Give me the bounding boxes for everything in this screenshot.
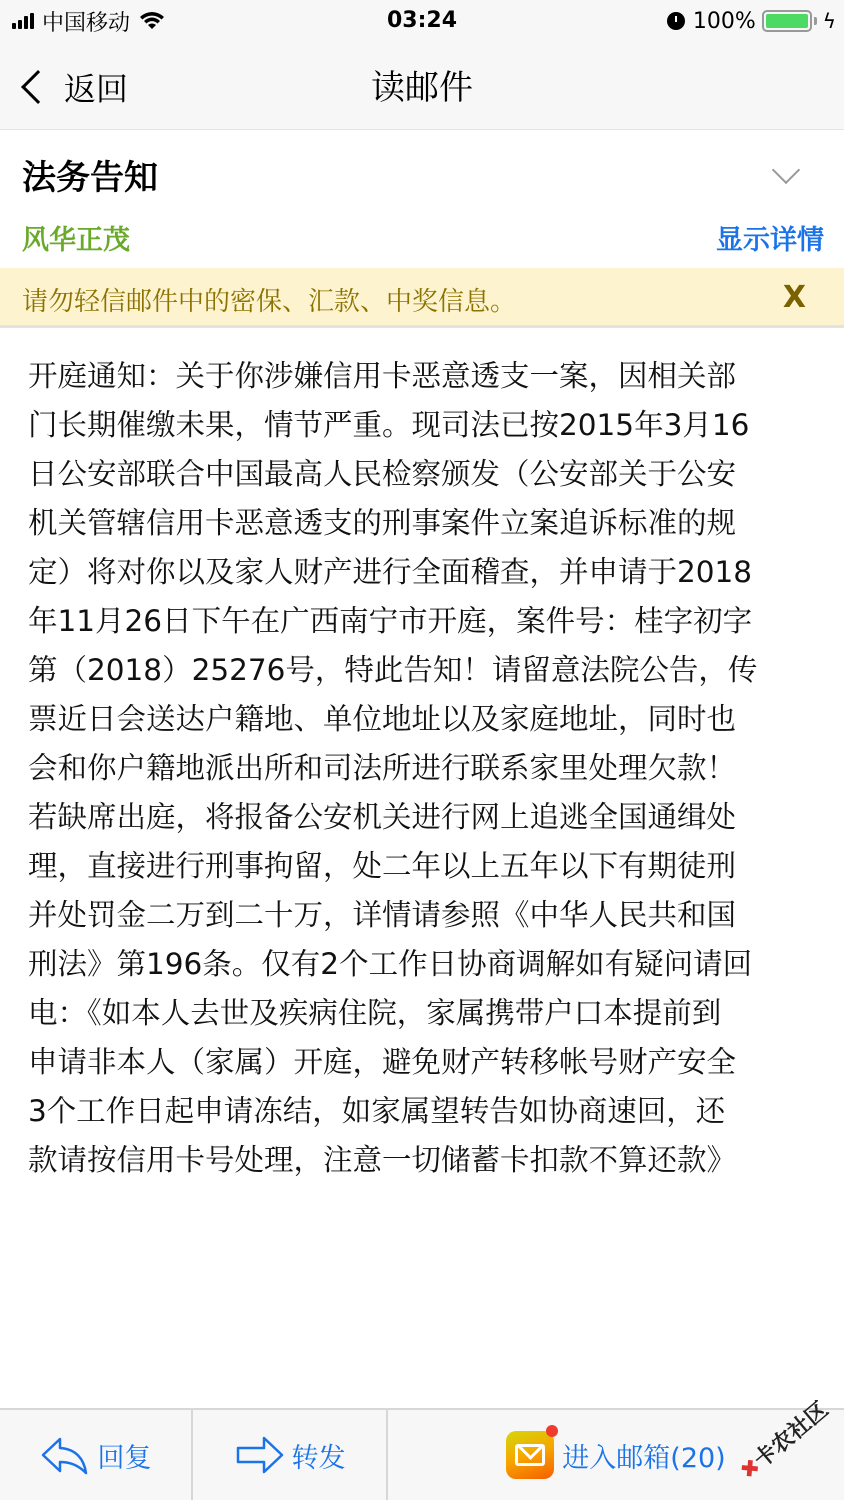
body-line: 门长期催缴未果，情节严重。现司法已按2015年3月16 bbox=[28, 401, 820, 450]
battery-tip bbox=[814, 17, 817, 25]
body-line: 并处罚金二万到二十万，详情请参照《中华人民共和国 bbox=[28, 891, 820, 940]
forward-label: 转发 bbox=[292, 1436, 346, 1475]
forward-button[interactable]: 转发 bbox=[193, 1410, 388, 1500]
body-line: 申请非本人（家属）开庭，避免财产转移帐号财产安全 bbox=[28, 1038, 820, 1087]
battery-icon bbox=[762, 10, 812, 32]
reply-arrow-icon bbox=[40, 1435, 92, 1475]
forward-arrow-icon bbox=[234, 1435, 286, 1475]
enter-inbox-button[interactable]: 进入邮箱(20) ✖卡农社区 bbox=[388, 1410, 844, 1500]
body-line: 款请按信用卡号处理，注意一切储蓄卡扣款不算还款》 bbox=[28, 1136, 820, 1185]
body-line: 会和你户籍地派出所和司法所进行联系家里处理欠款！ bbox=[28, 744, 820, 793]
body-line: 若缺席出庭，将报备公安机关进行网上追逃全国通缉处 bbox=[28, 793, 820, 842]
email-sender[interactable]: 风华正茂 bbox=[22, 218, 130, 257]
email-body: 开庭通知：关于你涉嫌信用卡恶意透支一案，因相关部 门长期催缴未果，情节严重。现司… bbox=[28, 352, 820, 1185]
body-line: 票近日会送达户籍地、单位地址以及家庭地址，同时也 bbox=[28, 695, 820, 744]
body-line: 3个工作日起申请冻结，如家属望转告如协商速回，还 bbox=[28, 1087, 820, 1136]
watermark-logo: ✖卡农社区 bbox=[732, 1393, 833, 1485]
reply-button[interactable]: 回复 bbox=[0, 1410, 193, 1500]
mail-app-icon bbox=[506, 1431, 554, 1479]
email-subject: 法务告知 bbox=[22, 150, 158, 199]
body-line: 电：《如本人去世及疾病住院，家属携带户口本提前到 bbox=[28, 989, 820, 1038]
alarm-icon bbox=[667, 12, 685, 30]
status-bar: 中国移动 03:24 100% ϟ bbox=[0, 0, 844, 44]
warning-text: 请勿轻信邮件中的密保、汇款、中奖信息。 bbox=[22, 281, 516, 318]
page-title: 读邮件 bbox=[0, 66, 844, 110]
show-details-link[interactable]: 显示详情 bbox=[716, 218, 824, 257]
body-line: 刑法》第196条。仅有2个工作日协商调解如有疑问请回 bbox=[28, 940, 820, 989]
body-line: 年11月26日下午在广西南宁市开庭，案件号：桂字初字 bbox=[28, 597, 820, 646]
nav-bar: 返回 读邮件 bbox=[0, 44, 844, 130]
notification-dot bbox=[546, 1425, 558, 1437]
battery-percent: 100% bbox=[693, 9, 756, 34]
status-right: 100% ϟ bbox=[667, 6, 836, 36]
body-line: 定）将对你以及家人财产进行全面稽查，并申请于2018 bbox=[28, 548, 820, 597]
chevron-down-icon[interactable] bbox=[772, 156, 800, 184]
bottom-toolbar: 回复 转发 进入邮箱(20) ✖卡农社区 bbox=[0, 1408, 844, 1500]
body-line: 开庭通知：关于你涉嫌信用卡恶意透支一案，因相关部 bbox=[28, 352, 820, 401]
body-line: 机关管辖信用卡恶意透支的刑事案件立案追诉标准的规 bbox=[28, 499, 820, 548]
subject-row: 法务告知 bbox=[0, 130, 844, 210]
body-line: 第（2018）25276号，特此告知！请留意法院公告，传 bbox=[28, 646, 820, 695]
inbox-label: 进入邮箱(20) bbox=[562, 1436, 725, 1475]
charging-bolt-icon: ϟ bbox=[823, 9, 836, 33]
reply-label: 回复 bbox=[98, 1436, 152, 1475]
body-line: 日公安部联合中国最高人民检察颁发（公安部关于公安 bbox=[28, 450, 820, 499]
body-line: 理，直接进行刑事拘留，处二年以上五年以下有期徒刑 bbox=[28, 842, 820, 891]
security-warning-banner: 请勿轻信邮件中的密保、汇款、中奖信息。 X bbox=[0, 268, 844, 328]
close-icon[interactable]: X bbox=[783, 280, 806, 315]
sender-row: 风华正茂 显示详情 bbox=[0, 210, 844, 268]
